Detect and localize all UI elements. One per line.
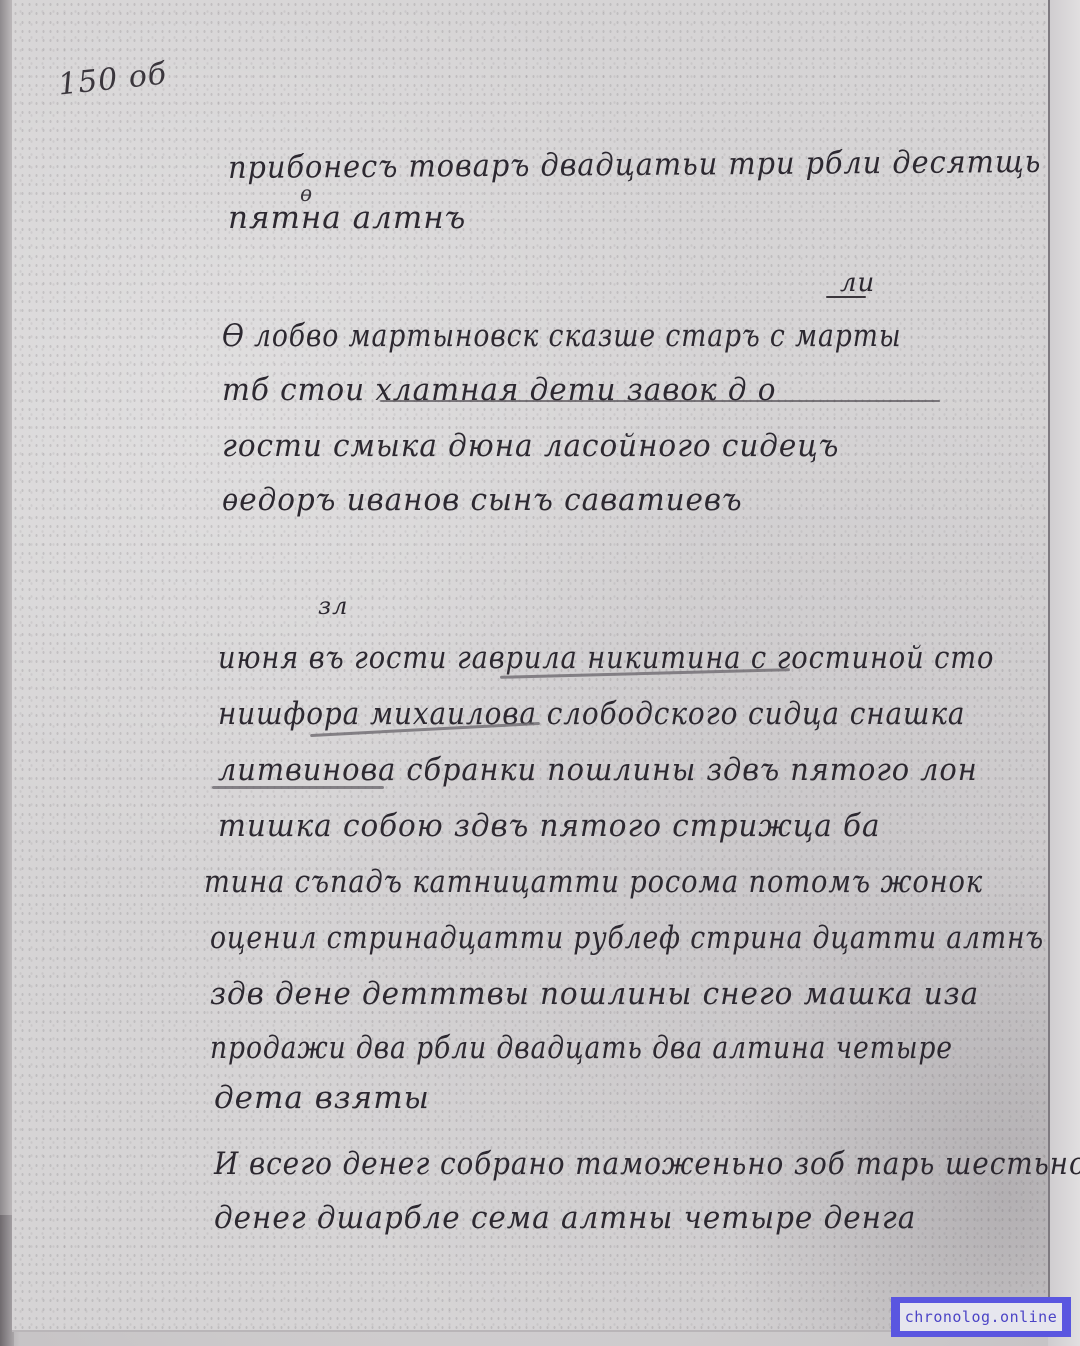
manuscript-line: ѳедоръ иванов сынъ саватиевъ — [222, 482, 743, 518]
underline — [212, 786, 384, 789]
manuscript-line: тина съпадъ катницатти росома потомъ жон… — [204, 864, 983, 900]
strike-line — [380, 400, 940, 402]
watermark-text: chronolog.online — [900, 1303, 1062, 1331]
margin-note: ли — [840, 268, 875, 298]
manuscript-line: гости смыка дюна ласойного сидецъ — [222, 428, 839, 464]
manuscript-scan: 150 об прибонесъ товаръ двадцатьи три рб… — [0, 0, 1080, 1346]
manuscript-line: июня въ гости гаврила никитина с гостино… — [218, 640, 994, 676]
manuscript-line: литвинова сбранки пошлины здвъ пятого ло… — [218, 752, 978, 788]
margin-note: зл — [318, 592, 348, 620]
manuscript-line: Ѳ лобво мартыновск сказше старъ с марты — [222, 318, 901, 354]
manuscript-line: здв дене детттвы пошлины снего машка иза — [210, 976, 979, 1012]
page-edge — [1048, 0, 1080, 1346]
manuscript-line: тишка собою здвъ пятого стрижца ба — [218, 808, 880, 844]
manuscript-line: дета взяты — [214, 1080, 430, 1116]
manuscript-line: денег дшарбле сема алтны четыре денга — [214, 1200, 916, 1236]
manuscript-line: оценил стринадцатти рублеф стрина дцатти… — [210, 920, 1044, 956]
titlo-stroke — [826, 296, 866, 298]
manuscript-line: тб стои хлатная дети завок д о — [222, 372, 776, 408]
manuscript-line: продажи два рбли двадцать два алтина чет… — [210, 1030, 953, 1066]
watermark-badge: chronolog.online — [891, 1297, 1071, 1337]
manuscript-line: прибонесъ товаръ двадцатьи три рбли деся… — [228, 144, 1042, 186]
manuscript-line: пятна алтнъ — [228, 200, 466, 236]
manuscript-line: нишфора михаилова слободского сидца снаш… — [218, 696, 965, 732]
manuscript-line: И всего денег собрано таможеньно зоб тар… — [214, 1146, 1080, 1182]
